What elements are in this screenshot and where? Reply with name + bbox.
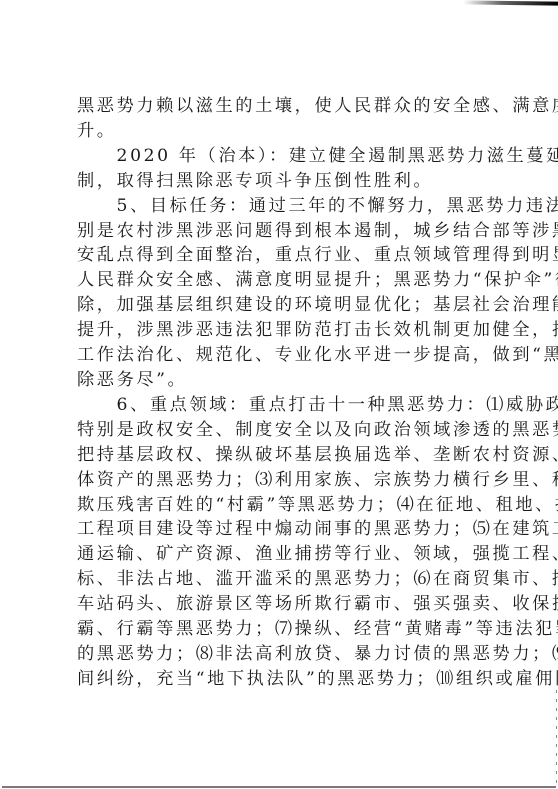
text-line: 通运输、矿产资源、渔业捕捞等行业、领域，强揽工程、恶意竞 xyxy=(77,542,495,567)
scan-edge-shadow-right xyxy=(556,690,557,787)
text-line: 制，取得扫黑除恶专项斗争压倒性胜利。 xyxy=(77,169,495,194)
text-line: 标、非法占地、滥开滥采的黑恶势力；⑹在商贸集市、批发市场、 xyxy=(77,567,495,592)
document-page: 黑恶势力赖以滋生的土壤，使人民群众的安全感、满意度明显提 升。 2020 年（治… xyxy=(77,94,495,692)
scan-edge-shadow-bottom xyxy=(2,786,556,788)
text-line: 升。 xyxy=(77,119,495,144)
text-line: 2020 年（治本）：建立健全遏制黑恶势力滋生蔓延的长效机 xyxy=(77,144,495,169)
text-line: 黑恶势力赖以滋生的土壤，使人民群众的安全感、满意度明显提 xyxy=(77,94,495,119)
text-line: 除，加强基层组织建设的环境明显优化；基层社会治理能力明显 xyxy=(77,293,495,318)
text-line: 间纠纷，充当“地下执法队”的黑恶势力；⑽组织或雇佣网络“水 xyxy=(77,667,495,692)
text-line: 车站码头、旅游景区等场所欺行霸市、强买强卖、收保护费的市 xyxy=(77,592,495,617)
paragraph-key-areas: 6、重点领域：重点打击十一种黑恶势力：⑴威胁政治安全 特别是政权安全、制度安全以… xyxy=(77,393,495,692)
text-line: 工作法治化、规范化、专业化水平进一步提高，做到“黑恶必除、 xyxy=(77,343,495,368)
text-line: 体资产的黑恶势力；⑶利用家族、宗族势力横行乡里、称霸一方、 xyxy=(77,468,495,493)
text-line: 的黑恶势力；⑻非法高利放贷、暴力讨债的黑恶势力；⑼插手民 xyxy=(77,642,495,667)
text-line: 提升，涉黑涉恶违法犯罪防范打击长效机制更加健全，扫黑除恶 xyxy=(77,318,495,343)
text-line: 特别是政权安全、制度安全以及向政治领域渗透的黑恶势力；⑵ xyxy=(77,418,495,443)
text-line: 把持基层政权、操纵破坏基层换届选举、垄断农村资源、侵吞集 xyxy=(77,443,495,468)
text-line: 工程项目建设等过程中煽动闹事的黑恶势力；⑸在建筑工程、交 xyxy=(77,517,495,542)
text-line: 人民群众安全感、满意度明显提升；黑恶势力“保护伞”得以铲 xyxy=(77,268,495,293)
paragraph-2020-plan: 2020 年（治本）：建立健全遏制黑恶势力滋生蔓延的长效机 制，取得扫黑除恶专项… xyxy=(77,144,495,194)
text-line: 欺压残害百姓的“村霸”等黑恶势力；⑷在征地、租地、拆迁、 xyxy=(77,493,495,518)
text-line: 别是农村涉黑涉恶问题得到根本遏制，城乡结合部等涉黑涉恶治 xyxy=(77,219,495,244)
paragraph-continuation: 黑恶势力赖以滋生的土壤，使人民群众的安全感、满意度明显提 升。 xyxy=(77,94,495,144)
section-heading-line: 5、目标任务：通过三年的不懈努力，黑恶势力违法犯罪特 xyxy=(77,194,495,219)
text-line: 霸、行霸等黑恶势力；⑺操纵、经营“黄赌毒”等违法犯罪活动 xyxy=(77,617,495,642)
scan-edge-shadow-top xyxy=(463,0,558,5)
text-line: 安乱点得到全面整治，重点行业、重点领域管理得到明显加强， xyxy=(77,243,495,268)
text-line: 除恶务尽”。 xyxy=(77,368,495,393)
section-heading-line: 6、重点领域：重点打击十一种黑恶势力：⑴威胁政治安全 xyxy=(77,393,495,418)
paragraph-goals-tasks: 5、目标任务：通过三年的不懈努力，黑恶势力违法犯罪特 别是农村涉黑涉恶问题得到根… xyxy=(77,194,495,393)
